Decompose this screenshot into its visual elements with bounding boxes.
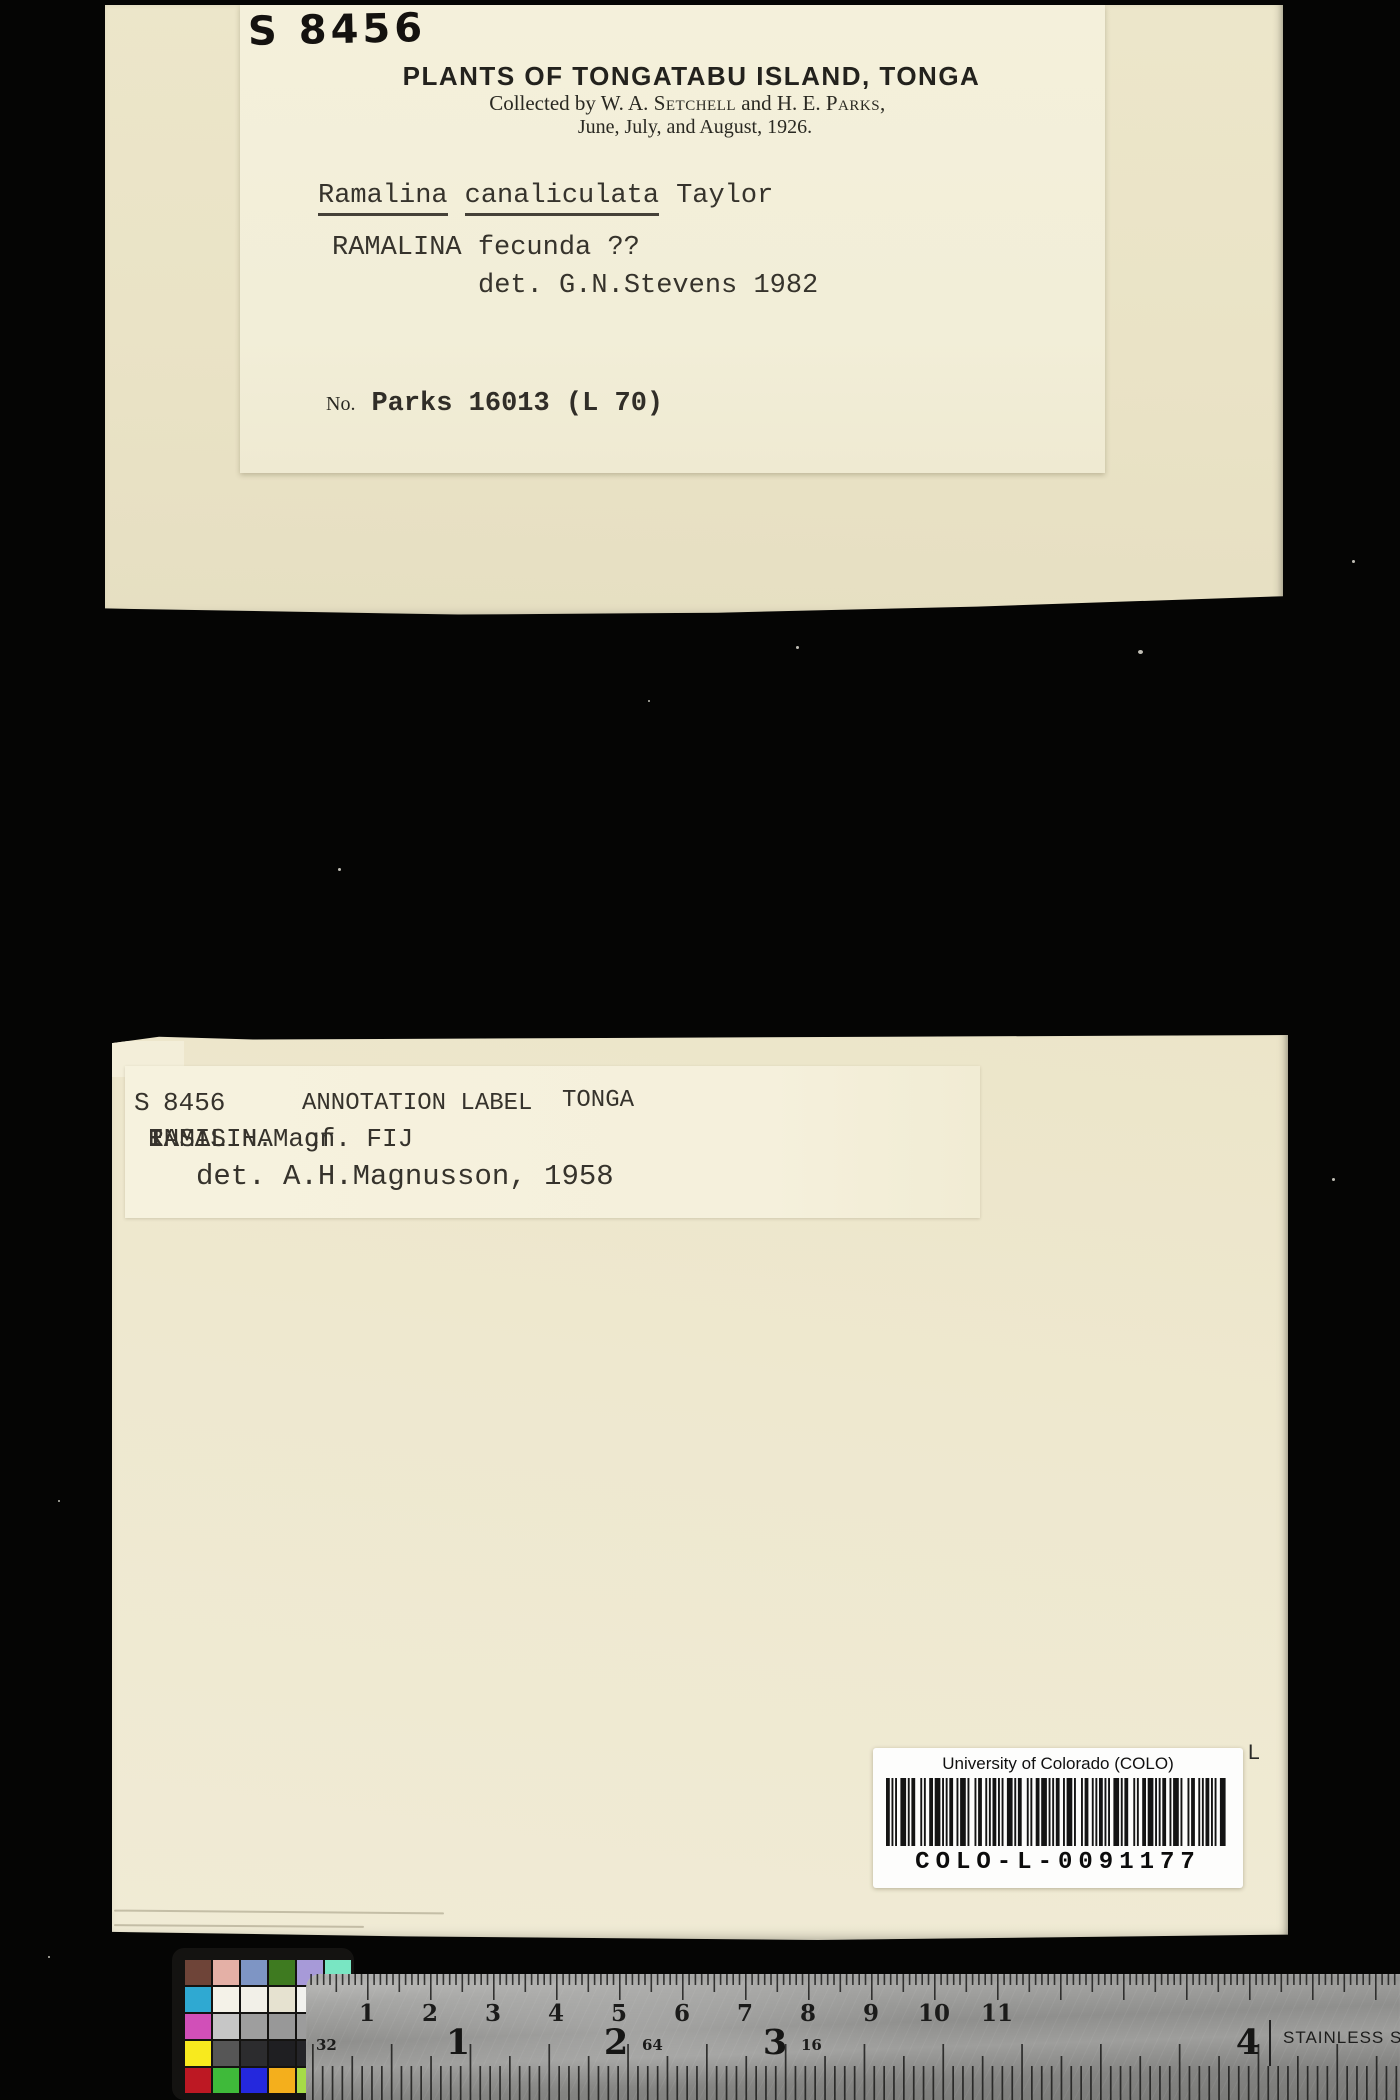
specimen-photo: S 8456 PLANTS OF TONGATABU ISLAND, TONGA… (0, 0, 1400, 2100)
annotation-herbarium-letter: S (134, 1088, 150, 1118)
bottom-specimen-packet: S 8456 ANNOTATION LABEL TONGA RAMALINA c… (112, 1035, 1288, 1940)
barcode-bars (886, 1778, 1230, 1846)
ruler-cm-number: 9 (863, 2000, 879, 2027)
color-patch (185, 1960, 211, 1985)
number-value: Parks 16013 (L 70) (371, 389, 663, 419)
color-patch (269, 1987, 295, 2012)
ruler-cm-number: 11 (981, 2000, 1013, 2027)
label-title: PLANTS OF TONGATABU ISLAND, TONGA (240, 61, 1105, 92)
color-patch (185, 2014, 211, 2039)
dust-speck (796, 646, 799, 649)
paper-edge-line (114, 1924, 364, 1928)
color-patch (241, 2068, 267, 2093)
annotation-accession-number: 8456 (163, 1088, 225, 1118)
ruler-cm-number: 3 (485, 2000, 501, 2027)
paper-edge-line (114, 1910, 444, 1915)
ruler-cm-number: 4 (548, 2000, 564, 2027)
dust-speck (58, 1500, 60, 1502)
ruler-cm-number: 10 (918, 2000, 950, 2027)
color-patch (213, 1960, 239, 1985)
collector-name-1: Setchell (654, 91, 736, 115)
dust-speck (338, 868, 341, 871)
corner-mark: L (1248, 1741, 1260, 1765)
stainless-ruler: 1234567891011 12643164 32 STAINLESS ST (306, 1974, 1400, 2100)
top-specimen-packet: S 8456 PLANTS OF TONGATABU ISLAND, TONGA… (105, 5, 1283, 617)
ruler-inch-number: 4 (1236, 2022, 1260, 2063)
collected-by-line: Collected by W. A. Setchell and H. E. Pa… (240, 91, 1105, 116)
color-patch (213, 2014, 239, 2039)
collected-mid: and H. E. (736, 91, 826, 115)
determiner-line: det. G.N.Stevens 1982 (478, 271, 818, 301)
color-patch (241, 1987, 267, 2012)
genus: Ramalina (318, 181, 448, 216)
dust-speck (48, 1956, 50, 1958)
dust-speck (1332, 1178, 1335, 1181)
ruler-cm-number: 1 (359, 2000, 375, 2027)
color-patch (241, 2041, 267, 2066)
number-prefix: No. (326, 393, 355, 415)
ruler-cm-number: 7 (737, 2000, 753, 2027)
color-patch (185, 1987, 211, 2012)
collector-name-2: Parks, (826, 91, 886, 115)
annotation-region: TONGA (562, 1087, 634, 1114)
specimen-label: S 8456 PLANTS OF TONGATABU ISLAND, TONGA… (240, 5, 1105, 473)
species-author: Taylor (676, 181, 773, 211)
ruler-top-ticks (306, 1974, 1400, 2004)
ruler-cm-number: 8 (800, 2000, 816, 2027)
color-patch (213, 2041, 239, 2066)
annotation-species-post: ENSIS H.Magn. (148, 1124, 351, 1154)
ruler-cm-number: 2 (422, 2000, 438, 2027)
barcode (886, 1778, 1230, 1846)
color-patch (241, 1960, 267, 1985)
ruler-inch-number: 1 (446, 2022, 470, 2063)
ruler-fraction-label: 16 (801, 2036, 822, 2054)
annotation-label-heading: ANNOTATION LABEL (302, 1090, 532, 1117)
ruler-brand-text: STAINLESS ST (1283, 2028, 1400, 2048)
barcode-value: COLO-L-0091177 (873, 1849, 1243, 1876)
color-patch (269, 2068, 295, 2093)
color-patch (213, 1987, 239, 2012)
annotation-name-line: RAMALINA fecunda ?? (332, 233, 640, 263)
color-patch (241, 2014, 267, 2039)
color-patch (269, 2014, 295, 2039)
ruler-left-fraction: 32 (316, 2036, 337, 2054)
ruler-inch-number: 3 (763, 2022, 787, 2063)
barcode-label: University of Colorado (COLO) COLO-L-009… (873, 1748, 1243, 1888)
collection-date-line: June, July, and August, 1926. (240, 116, 1105, 139)
species-name-line: RamalinacanaliculataTaylor (318, 181, 790, 216)
color-patch (185, 2041, 211, 2066)
collected-prefix: Collected by W. A. (489, 91, 654, 115)
dust-speck (1138, 650, 1143, 654)
ruler-inch-number: 2 (604, 2022, 628, 2063)
color-patch (185, 2068, 211, 2093)
species-epithet: canaliculata (465, 181, 659, 216)
dust-speck (648, 700, 650, 702)
handwritten-accession-number: S 8456 (248, 5, 427, 55)
ruler-fraction-label: 64 (642, 2036, 663, 2054)
annotation-det-line: det. A.H.Magnusson, 1958 (196, 1160, 614, 1193)
ruler-cm-number: 6 (674, 2000, 690, 2027)
dust-speck (1352, 560, 1355, 563)
color-patch (213, 2068, 239, 2093)
color-patch (269, 2041, 295, 2066)
institution-name: University of Colorado (COLO) (873, 1754, 1243, 1774)
collection-number-line: No.Parks 16013 (L 70) (326, 389, 663, 419)
color-patch (269, 1960, 295, 1985)
ruler-divider-line (1269, 2020, 1271, 2066)
annotation-label: S 8456 ANNOTATION LABEL TONGA RAMALINA c… (125, 1066, 980, 1218)
